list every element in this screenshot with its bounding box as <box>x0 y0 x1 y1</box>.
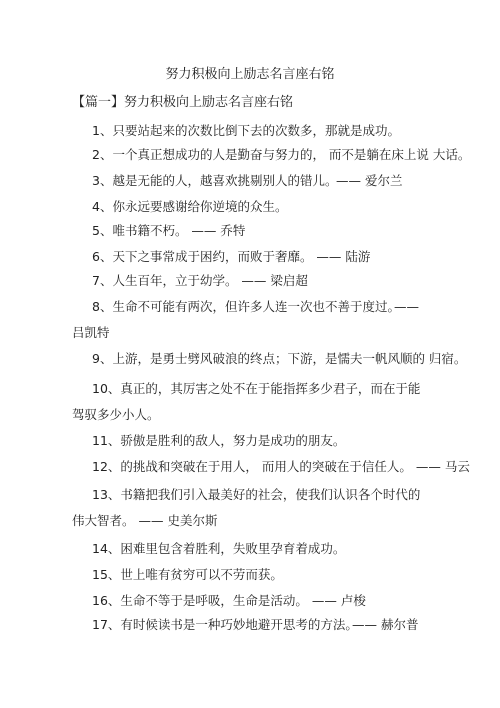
quote-item-12: 12、的挑战和突破在于用人， 而用人的突破在于信任人。 —— 马云 <box>92 458 470 476</box>
quote-item-4: 4、你永远要感谢给你逆境的众生。 <box>92 198 287 216</box>
quote-item-1: 1、只要站起来的次数比倒下去的次数多，那就是成功。 <box>92 122 400 140</box>
quote-item-7: 7、人生百年，立于幼学。 —— 梁启超 <box>92 272 308 290</box>
quote-item-9: 9、上游，是勇士劈风破浪的终点；下游，是懦夫一帆风顺的 归宿。 <box>92 350 466 368</box>
section-heading: 【篇一】努力积极向上励志名言座右铭 <box>72 94 293 112</box>
quote-author-17: —— 赫尔普 <box>352 616 418 634</box>
quote-item-5: 5、唯书籍不朽。 —— 乔特 <box>92 222 245 240</box>
quote-item-16: 16、生命不等于是呼吸，生命是活动。 —— 卢梭 <box>92 592 366 610</box>
quote-item-11: 11、骄傲是胜利的敌人，努力是成功的朋友。 <box>92 432 345 450</box>
document-page: 努力积极向上励志名言座右铭 【篇一】努力积极向上励志名言座右铭 1、只要站起来的… <box>0 0 500 708</box>
quote-item-13: 13、书籍把我们引入最美好的社会，使我们认识各个时代的 <box>92 486 420 504</box>
quote-item-10: 10、真正的，其厉害之处不在于能指挥多少君子，而在于能 <box>92 380 420 398</box>
quote-item-6: 6、天下之事常成于困约，而败于奢靡。 —— 陆游 <box>92 248 370 266</box>
quote-item-8: 8、生命不可能有两次，但许多人连一次也不善于度过。 <box>92 298 400 316</box>
quote-item-2: 2、一个真正想成功的人是勤奋与努力的， 而不是躺在床上说 大话。 <box>92 146 470 164</box>
document-title: 努力积极向上励志名言座右铭 <box>0 66 500 84</box>
quote-author-8: —— <box>394 298 419 316</box>
quote-item-3: 3、越是无能的人，越喜欢挑剔别人的错儿。 <box>92 172 337 190</box>
quote-author-3: —— 爱尔兰 <box>336 172 402 190</box>
quote-item-13-continuation: 伟大智者。 —— 史美尔斯 <box>72 512 217 530</box>
quote-item-15: 15、世上唯有贫穷可以不劳而获。 <box>92 566 283 584</box>
quote-item-17: 17、有时候读书是一种巧妙地避开思考的方法。 <box>92 616 358 634</box>
quote-item-14: 14、困难里包含着胜利，失败里孕育着成功。 <box>92 540 345 558</box>
quote-item-8-continuation: 吕凯特 <box>72 324 110 342</box>
quote-item-10-continuation: 驾驭多少小人。 <box>72 406 160 424</box>
